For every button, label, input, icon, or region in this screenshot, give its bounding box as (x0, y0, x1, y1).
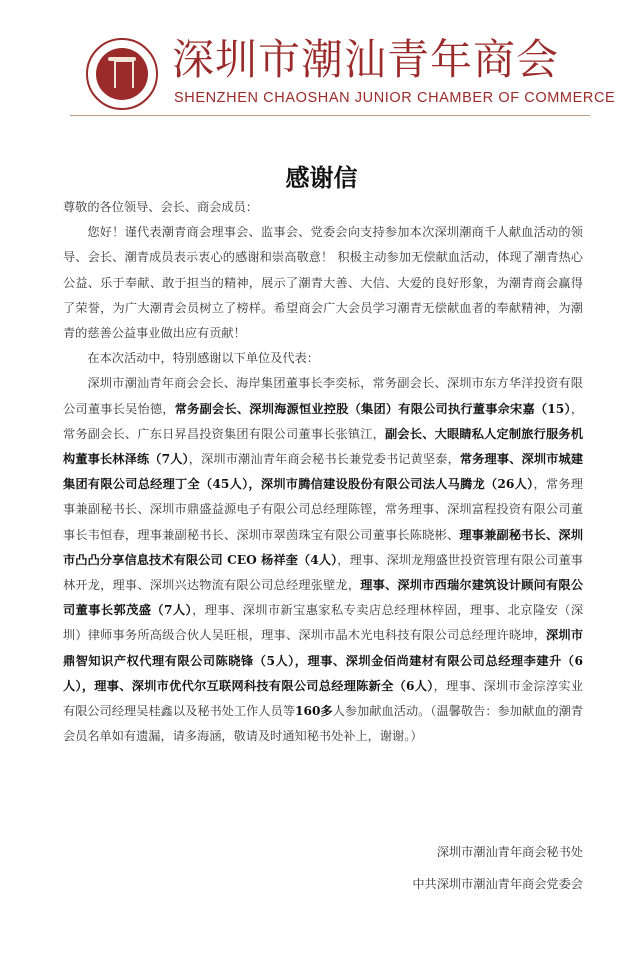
signature-party-committee: 中共深圳市潮汕青年商会党委会 (412, 875, 583, 892)
organization-name-en: SHENZHEN CHAOSHAN JUNIOR CHAMBER OF COMM… (174, 90, 615, 106)
header-divider (70, 115, 590, 116)
chamber-logo-icon (86, 38, 158, 110)
letter-body: 尊敬的各位领导、会长、商会成员： 您好！谨代表潮青商会理事会、监事会、党委会向支… (63, 195, 583, 749)
paragraph-acknowledgements: 深圳市潮汕青年商会会长、海岸集团董事长李奕标，常务副会长、深圳市东方华洋投资有限… (63, 371, 583, 749)
signature-secretariat: 深圳市潮汕青年商会秘书处 (437, 843, 583, 860)
acknowledgement-text: ，深圳市潮汕青年商会秘书长兼党委书记黄坚泰， (189, 452, 460, 466)
letterhead: 深圳市潮汕青年商会 SHENZHEN CHAOSHAN JUNIOR CHAMB… (82, 34, 582, 114)
salutation: 尊敬的各位领导、会长、商会成员： (63, 195, 583, 220)
document-title: 感谢信 (0, 158, 643, 193)
paragraph-thanks: 您好！谨代表潮青商会理事会、监事会、党委会向支持参加本次深圳潮商千人献血活动的领… (63, 220, 583, 346)
logo-emblem (96, 48, 148, 100)
highlighted-acknowledgement: 常务副会长、深圳海源恒业控股（集团）有限公司执行董事佘宋嘉（15） (175, 402, 571, 416)
highlighted-acknowledgement: 160多 (295, 704, 333, 718)
organization-name-cn: 深圳市潮汕青年商会 (172, 36, 559, 84)
gate-icon (114, 60, 134, 88)
paragraph-intro: 在本次活动中，特别感谢以下单位及代表： (63, 346, 583, 371)
